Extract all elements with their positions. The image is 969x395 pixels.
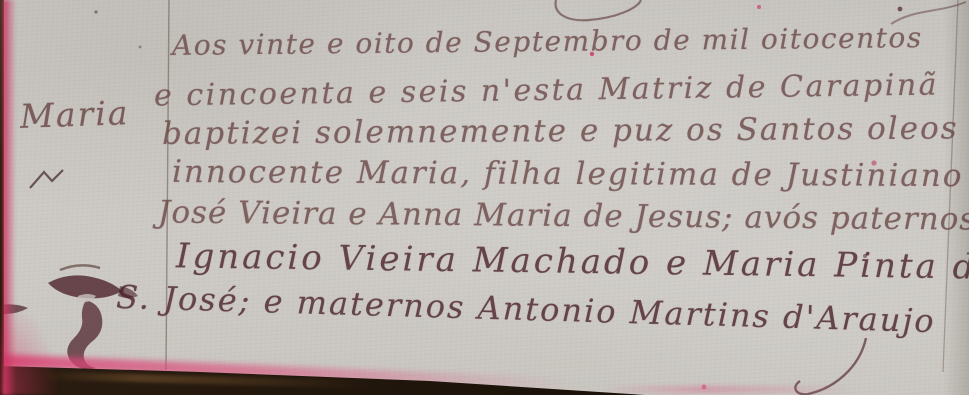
red-fleck <box>757 5 761 9</box>
blot-highlight <box>78 294 96 302</box>
manuscript-line-1: Aos vinte e oito de Septembro de mil oit… <box>172 21 923 62</box>
page-edge-tint-bottom-right <box>600 386 860 393</box>
manuscript-line-7: S. José; e maternos Antonio Martins d'Ar… <box>116 278 937 340</box>
manuscript-line-3: baptizei solemnemente e puz os Santos ol… <box>162 110 969 152</box>
manuscript-line-6: Ignacio Vieira Machado e Maria Pinta de <box>176 236 969 288</box>
top-descender-loop <box>556 0 641 20</box>
ink-blot-stroke <box>60 265 100 270</box>
margin-squiggle-mark <box>30 170 63 188</box>
manuscript-line-5: José Vieira e Anna Maria de Jesus; avós … <box>158 194 969 237</box>
scanned-baptism-record-page: Maria Aos vinte e oito de Septembro de m… <box>0 0 969 395</box>
page-edge-tint-corner <box>0 300 60 395</box>
margin-entry-name: Maria <box>19 93 130 136</box>
page-shadow-right <box>943 0 969 395</box>
manuscript-line-4: innocente Maria, filha legitima de Justi… <box>172 154 964 194</box>
ink-dot <box>898 7 903 12</box>
ink-speck <box>94 10 97 13</box>
manuscript-line-2: e cincoenta e seis n'esta Matriz de Cara… <box>154 68 940 114</box>
ink-blot <box>48 275 122 298</box>
ink-speck <box>139 46 142 49</box>
